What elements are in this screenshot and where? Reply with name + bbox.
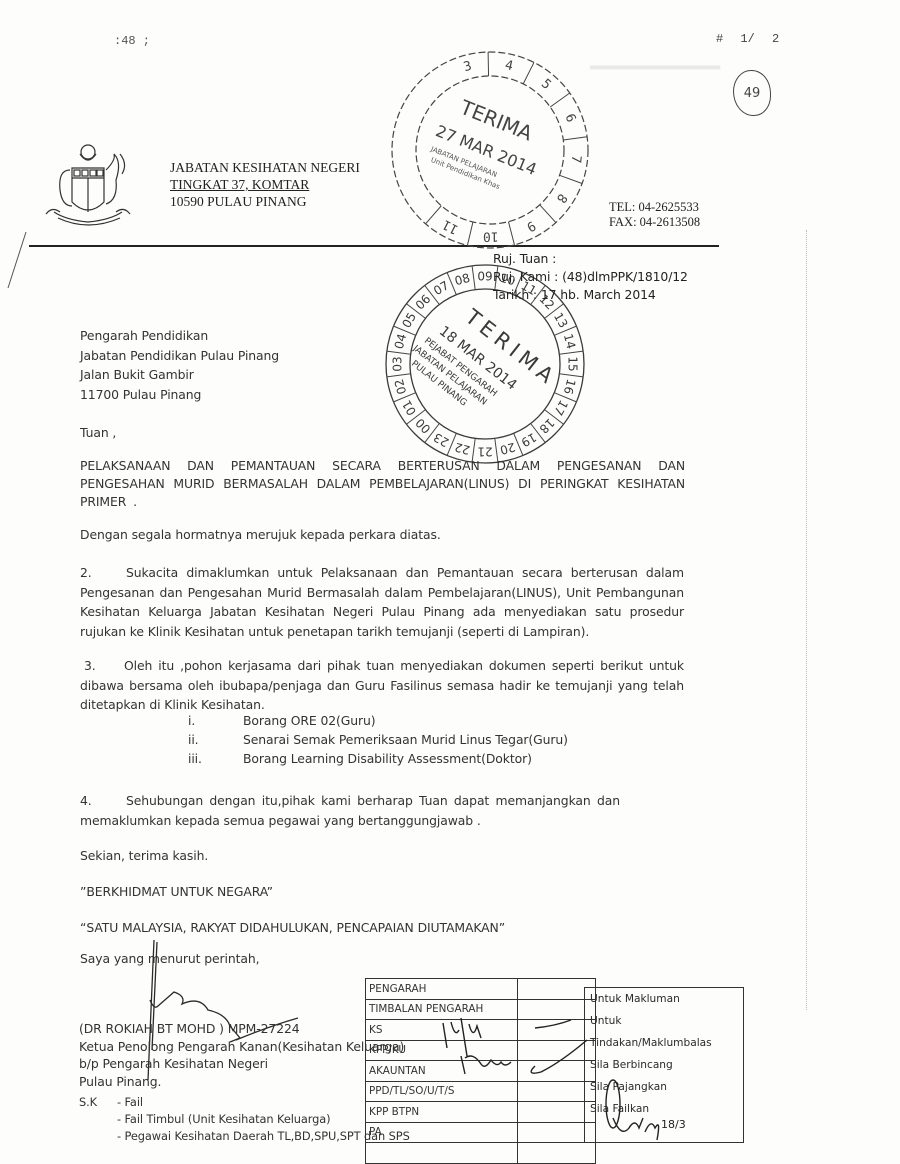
stamp-ring-number: 15 (566, 356, 580, 371)
stamp-ring-number: 01 (399, 398, 419, 418)
stamp-ring-number: 06 (413, 292, 434, 313)
paragraph-number: 2. (80, 563, 126, 583)
list-item-text: Borang Learning Disability Assessment(Do… (243, 749, 532, 768)
stamp-ring-number: 18 (537, 416, 558, 437)
paragraph-3: 3.Oleh itu ,pohon kerjasama dari pihak t… (80, 656, 684, 715)
binder-edge-mark (806, 230, 808, 1010)
department-letterhead: JABATAN KESIHATAN NEGERI TINGKAT 37, KOM… (170, 159, 360, 210)
department-name: JABATAN KESIHATAN NEGERI (170, 159, 360, 176)
paragraph-4: 4.Sehubungan dengan itu,pihak kami berha… (80, 791, 620, 830)
list-item-number: i. (188, 711, 243, 730)
cc-item: - Fail (117, 1094, 143, 1111)
stamp-ring-number: 07 (431, 278, 451, 298)
signatory-name: (DR ROKIAH BT MOHD ) MPM-27224 (79, 1020, 404, 1038)
stamp-ring-number: 04 (392, 332, 409, 350)
list-item-number: ii. (188, 730, 243, 749)
stamp-ring-number: 02 (392, 377, 409, 395)
list-item: ii.Senarai Semak Pemeriksaan Murid Linus… (188, 730, 568, 749)
fax-transmission-mark: :48 ; (114, 34, 150, 48)
stamp-ring-number: 7 (568, 154, 584, 163)
recipient-line: 11700 Pulau Pinang (80, 385, 279, 405)
cc-row: S.K- Fail (79, 1094, 410, 1111)
recipient-line: Jalan Bukit Gambir (80, 365, 279, 385)
ruj-kami-value: (48)dlmPPK/1810/12 (562, 269, 688, 284)
list-item: i.Borang ORE 02(Guru) (188, 711, 568, 730)
folio-number-circle: 49 (733, 70, 771, 116)
stamp-ring-number: 5 (538, 76, 554, 92)
bleed-through-text: ▂▂▂▂▂▂▂▂▂▂▂▂▂ (590, 55, 720, 70)
list-item: iii.Borang Learning Disability Assessmen… (188, 749, 568, 768)
folio-number: 49 (744, 86, 761, 101)
paragraph-2: 2.Sukacita dimaklumkan untuk Pelaksanaan… (80, 563, 684, 641)
ruj-tuan-row: Ruj. Tuan : (493, 250, 688, 268)
ruj-tuan-label: Ruj. Tuan : (493, 251, 556, 266)
closing-motto-1: ”BERKHIDMAT UNTUK NEGARA” (80, 884, 505, 900)
stamp-ring-number: 08 (453, 271, 471, 288)
stamp-ring-number: 10 (483, 228, 499, 243)
paragraph-number: 4. (80, 791, 126, 811)
recipient-line: Jabatan Pendidikan Pulau Pinang (80, 346, 279, 366)
fax-number: FAX: 04-2613508 (609, 215, 700, 230)
intro-line: Dengan segala hormatnya merujuk kepada p… (80, 527, 441, 542)
stamp-ring-number: 11 (440, 216, 461, 237)
handwritten-routing-marks: 18/3 (365, 978, 745, 1146)
signatory-title: Ketua Penolong Pengarah Kanan(Kesihatan … (79, 1038, 404, 1056)
stamp-ring-number: 14 (561, 332, 578, 350)
scanned-letter-page: { "header": { "fax_mark": ":48 ;", "page… (0, 0, 900, 1164)
signatory-on-behalf: b/p Pengarah Kesihatan Negeri (79, 1055, 404, 1073)
stamp-ring-number: 05 (399, 310, 419, 330)
department-postcode-city: 10590 PULAU PINANG (170, 193, 360, 210)
stamp-ring-number: 3 (462, 59, 473, 76)
margin-pen-stroke (4, 230, 30, 290)
salutation: Tuan , (80, 425, 116, 440)
stamp-ring-number: 4 (504, 58, 515, 74)
cc-item: - Fail Timbul (Unit Kesihatan Keluarga) (117, 1111, 331, 1128)
stamp-ring-number: 17 (551, 398, 571, 418)
carbon-copy-list: S.K- Fail - Fail Timbul (Unit Kesihatan … (79, 1094, 410, 1145)
malaysia-coat-of-arms-icon (36, 140, 146, 232)
stamp-ring-number: 19 (519, 430, 539, 450)
cc-row: - Pegawai Kesihatan Daerah TL,BD,SPU,SPT… (79, 1128, 410, 1145)
recipient-line: Pengarah Pendidikan (80, 326, 279, 346)
cc-label: S.K (79, 1094, 117, 1111)
paragraph-text: Oleh itu ,pohon kerjasama dari pihak tua… (80, 658, 684, 712)
stamp-ring-number: 6 (562, 112, 579, 125)
recipient-address: Pengarah Pendidikan Jabatan Pendidikan P… (80, 326, 279, 404)
tarikh-row: Tarikh : 17 hb. March 2014 (493, 286, 688, 304)
paragraph-number: 3. (80, 656, 124, 676)
ruj-kami-label: Ruj. Kami : (493, 269, 558, 284)
stamp-ring-number: 9 (524, 217, 538, 234)
stamp-ring-number: 13 (551, 310, 571, 330)
tel-number: TEL: 04-2625533 (609, 200, 700, 215)
closing-thanks: Sekian, terima kasih. (80, 848, 505, 864)
stamp-ring-number: 23 (431, 430, 451, 450)
stamp-ring-number: 00 (413, 416, 434, 437)
ruj-kami-row: Ruj. Kami : (48)dlmPPK/1810/12 (493, 268, 688, 286)
stamp-ring-number: 03 (391, 356, 405, 371)
cc-row: - Fail Timbul (Unit Kesihatan Keluarga) (79, 1111, 410, 1128)
tarikh-value: 17 hb. March 2014 (541, 287, 656, 302)
list-item-text: Senarai Semak Pemeriksaan Murid Linus Te… (243, 730, 568, 749)
letterhead-divider (29, 245, 719, 247)
signatory-block: (DR ROKIAH BT MOHD ) MPM-27224 Ketua Pen… (79, 1020, 404, 1090)
department-floor: TINGKAT 37, KOMTAR (170, 176, 360, 193)
letter-subject: PELAKSANAAN DAN PEMANTAUAN SECARA BERTER… (80, 457, 685, 511)
stamp-ring-number: 20 (498, 440, 516, 457)
paragraph-text: Sehubungan dengan itu,pihak kami berhara… (80, 793, 620, 828)
received-stamp-upper: 34567891011 TERIMA 27 MAR 2014 JABATAN P… (385, 45, 595, 255)
reference-block: Ruj. Tuan : Ruj. Kami : (48)dlmPPK/1810/… (493, 250, 688, 304)
stamp-ring-number: 09 (477, 270, 492, 284)
routing-slip-stamp: PENGARAHTIMBALAN PENGARAHKSKPP/KUAKAUNTA… (365, 978, 745, 1146)
stamp-ring-number: 22 (453, 440, 471, 457)
required-documents-list: i.Borang ORE 02(Guru) ii.Senarai Semak P… (188, 711, 568, 768)
routing-handwritten-date: 18/3 (661, 1118, 686, 1131)
tarikh-label: Tarikh : (493, 287, 537, 302)
stamp-ring-number: 8 (553, 191, 570, 206)
list-item-text: Borang ORE 02(Guru) (243, 711, 376, 730)
contact-block: TEL: 04-2625533 FAX: 04-2613508 (609, 200, 700, 230)
list-item-number: iii. (188, 749, 243, 768)
stamp-ring-number: 16 (561, 377, 578, 395)
signatory-place: Pulau Pinang. (79, 1073, 404, 1091)
page-counter: # 1/ 2 (716, 32, 779, 46)
paragraph-text: Sukacita dimaklumkan untuk Pelaksanaan d… (80, 565, 684, 639)
